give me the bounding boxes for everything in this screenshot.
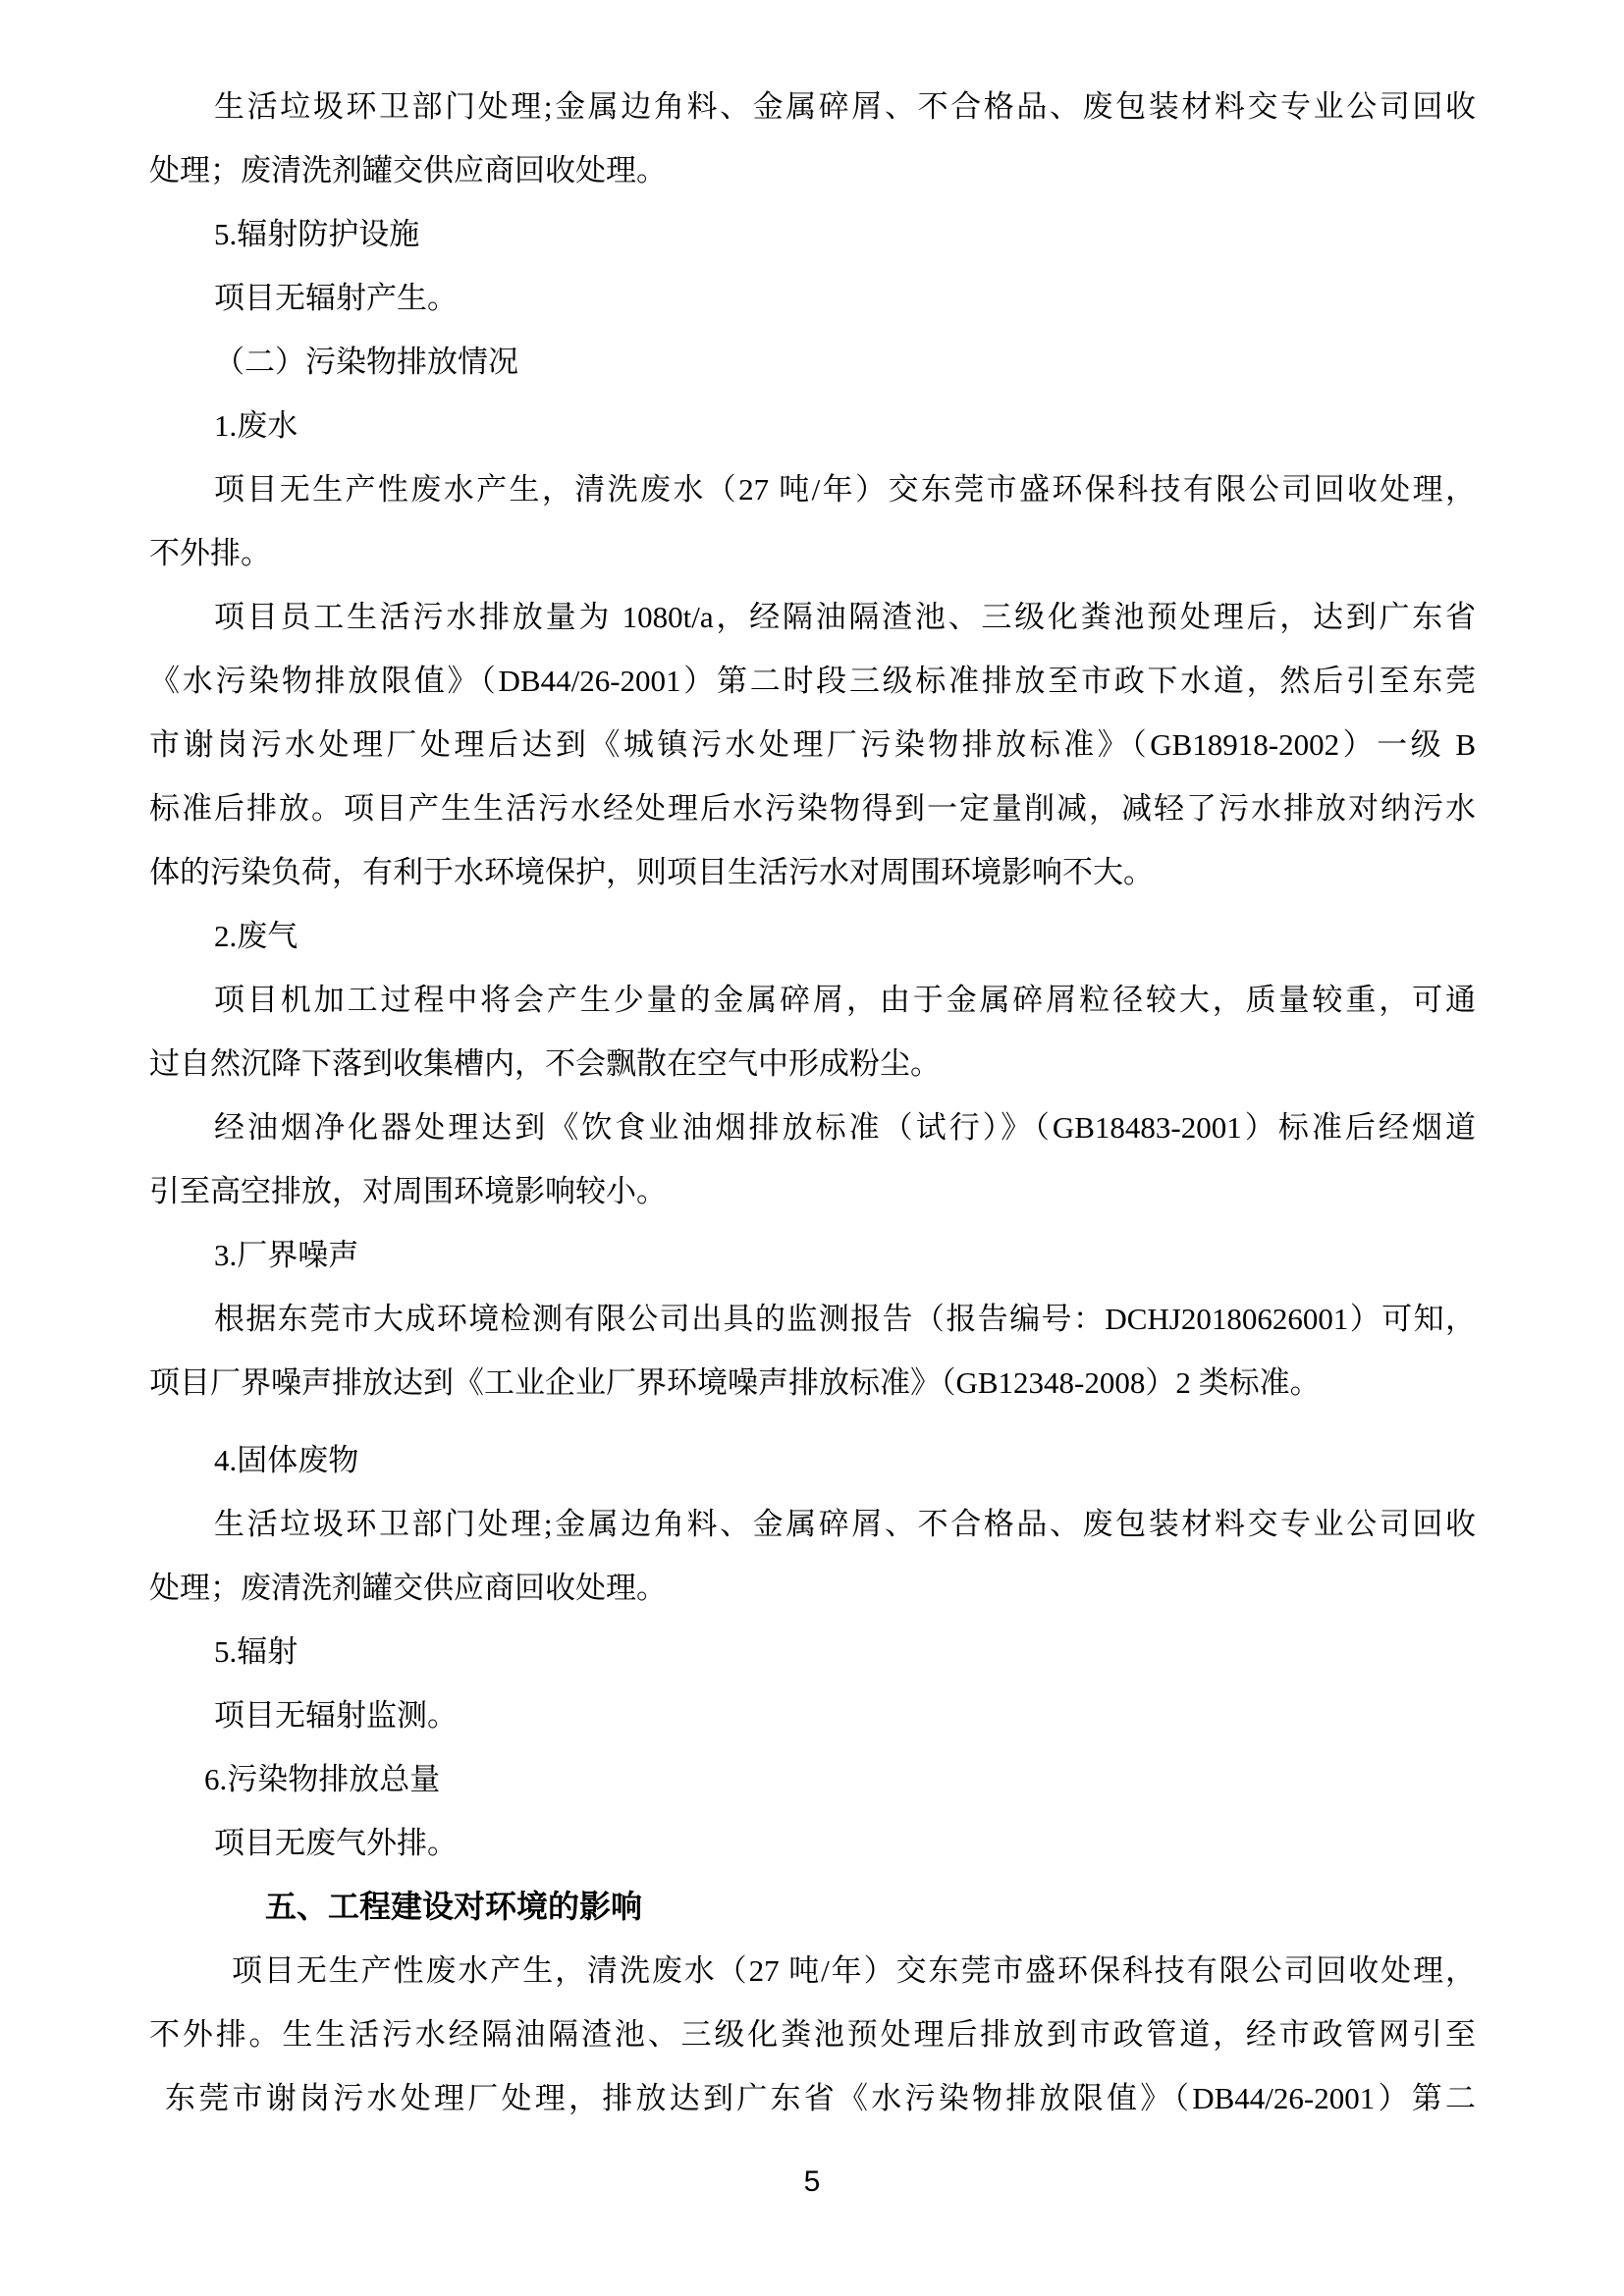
text-line: 3.厂界噪声 (149, 1223, 1476, 1287)
document-body: 生活垃圾环卫部门处理;金属边角料、金属碎屑、不合格品、废包装材料交专业公司回收处… (149, 75, 1476, 2130)
text-line: 项目机加工过程中将会产生少量的金属碎屑，由于金属碎屑粒径较大，质量较重，可通 (149, 968, 1476, 1032)
text-line: 经油烟净化器处理达到《饮食业油烟排放标准（试行）》（GB18483-2001）标… (149, 1095, 1476, 1159)
document-page: 生活垃圾环卫部门处理;金属边角料、金属碎屑、不合格品、废包装材料交专业公司回收处… (0, 0, 1624, 2296)
text-line: 项目无生产性废水产生，清洗废水（27 吨/年）交东莞市盛环保科技有限公司回收处理… (149, 1939, 1476, 2002)
text-line: 5.辐射防护设施 (149, 202, 1476, 266)
text-line: 体的污染负荷，有利于水环境保护，则项目生活污水对周围环境影响不大。 (149, 840, 1476, 904)
text-line: 生活垃圾环卫部门处理;金属边角料、金属碎屑、不合格品、废包装材料交专业公司回收 (149, 75, 1476, 138)
text-line: 5.辐射 (149, 1620, 1476, 1683)
text-line: 2.废气 (149, 904, 1476, 968)
text-line: 过自然沉降下落到收集槽内，不会飘散在空气中形成粉尘。 (149, 1032, 1476, 1095)
text-line: 1.废水 (149, 394, 1476, 457)
text-line: 市谢岗污水处理厂处理后达到《城镇污水处理厂污染物排放标准》（GB18918-20… (149, 713, 1476, 776)
text-line: 生活垃圾环卫部门处理;金属边角料、金属碎屑、不合格品、废包装材料交专业公司回收 (149, 1492, 1476, 1556)
text-line: 处理；废清洗剂罐交供应商回收处理。 (149, 1556, 1476, 1620)
text-line: （二）污染物排放情况 (149, 330, 1476, 394)
text-line: 处理；废清洗剂罐交供应商回收处理。 (149, 138, 1476, 202)
text-line: 不外排。 (149, 521, 1476, 585)
text-line: 不外排。生生活污水经隔油隔渣池、三级化粪池预处理后排放到市政管道，经市政管网引至 (149, 2002, 1476, 2066)
text-line: 项目无废气外排。 (149, 1811, 1476, 1875)
text-line: 项目无生产性废水产生，清洗废水（27 吨/年）交东莞市盛环保科技有限公司回收处理… (149, 457, 1476, 521)
text-line: 4.固体废物 (149, 1428, 1476, 1492)
text-line: 东莞市谢岗污水处理厂处理，排放达到广东省《水污染物排放限值》（DB44/26-2… (149, 2066, 1476, 2130)
text-line: 项目无辐射产生。 (149, 266, 1476, 330)
text-line: 6.污染物排放总量 (149, 1747, 1476, 1811)
text-line: 项目无辐射监测。 (149, 1683, 1476, 1747)
text-line: 项目员工生活污水排放量为 1080t/a，经隔油隔渣池、三级化粪池预处理后，达到… (149, 585, 1476, 649)
text-line: 项目厂界噪声排放达到《工业企业厂界环境噪声排放标准》（GB12348-2008）… (149, 1351, 1476, 1415)
text-line: 《水污染物排放限值》（DB44/26-2001）第二时段三级标准排放至市政下水道… (149, 649, 1476, 713)
page-number: 5 (0, 2164, 1624, 2200)
section-heading: 五、工程建设对环境的影响 (149, 1875, 1476, 1939)
text-line: 引至高空排放，对周围环境影响较小。 (149, 1159, 1476, 1223)
text-line: 根据东莞市大成环境检测有限公司出具的监测报告（报告编号：DCHJ20180626… (149, 1287, 1476, 1351)
text-line: 标准后排放。项目产生生活污水经处理后水污染物得到一定量削减，减轻了污水排放对纳污… (149, 776, 1476, 840)
